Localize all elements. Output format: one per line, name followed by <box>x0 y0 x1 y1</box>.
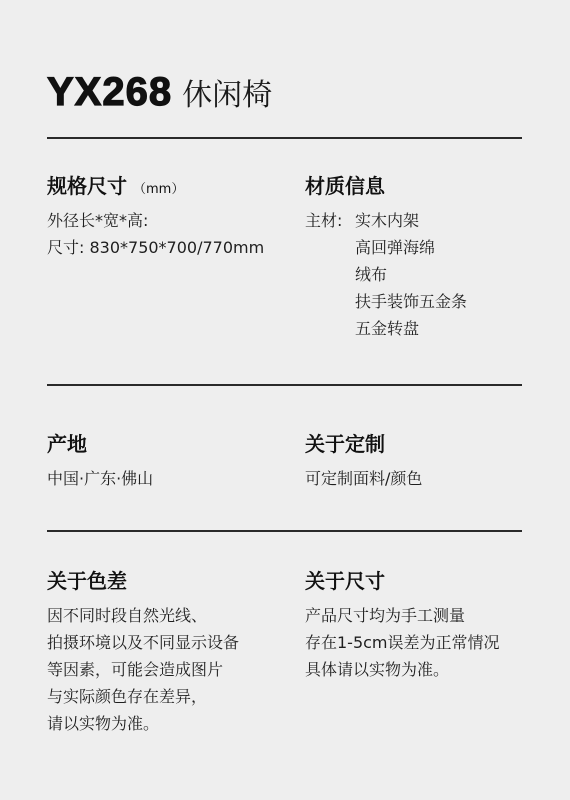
size-note-section: 关于尺寸 产品尺寸均为手工测量 存在1-5cm误差为正常情况 具体请以实物为准。 <box>305 565 500 683</box>
specs-line: 尺寸: 830*750*700/770mm <box>47 234 264 261</box>
material-label: 主材: <box>305 207 355 342</box>
specs-line: 外径长*宽*高: <box>47 207 264 234</box>
specs-section: 规格尺寸（mm） 外径长*宽*高: 尺寸: 830*750*700/770mm <box>47 170 264 261</box>
custom-heading: 关于定制 <box>305 428 422 457</box>
material-section: 材质信息 主材: 实木内架 高回弹海绵 绒布 扶手装饰五金条 五金转盘 <box>305 170 467 342</box>
product-name: 休闲椅 <box>182 70 272 114</box>
material-item: 高回弹海绵 <box>355 234 467 261</box>
color-diff-line: 等因素，可能会造成图片 <box>47 656 239 683</box>
color-diff-line: 因不同时段自然光线、 <box>47 602 239 629</box>
specs-heading: 规格尺寸（mm） <box>47 170 264 199</box>
custom-section: 关于定制 可定制面料/颜色 <box>305 428 422 492</box>
divider <box>47 384 522 386</box>
size-note-heading: 关于尺寸 <box>305 565 500 594</box>
divider <box>47 530 522 532</box>
product-title: YX268 休闲椅 <box>47 70 272 115</box>
color-diff-line: 请以实物为准。 <box>47 710 239 737</box>
specs-title: 规格尺寸 <box>47 174 127 198</box>
custom-text: 可定制面料/颜色 <box>305 465 422 492</box>
material-item: 实木内架 <box>355 207 467 234</box>
origin-text: 中国·广东·佛山 <box>47 465 153 492</box>
size-note-line: 存在1-5cm误差为正常情况 <box>305 629 500 656</box>
material-heading: 材质信息 <box>305 170 467 199</box>
color-diff-line: 拍摄环境以及不同显示设备 <box>47 629 239 656</box>
specs-unit: （mm） <box>133 182 184 197</box>
color-diff-heading: 关于色差 <box>47 565 239 594</box>
origin-heading: 产地 <box>47 428 153 457</box>
size-note-line: 具体请以实物为准。 <box>305 656 500 683</box>
material-item: 扶手装饰五金条 <box>355 288 467 315</box>
origin-section: 产地 中国·广东·佛山 <box>47 428 153 492</box>
divider <box>47 137 522 139</box>
size-note-line: 产品尺寸均为手工测量 <box>305 602 500 629</box>
material-item: 绒布 <box>355 261 467 288</box>
color-diff-section: 关于色差 因不同时段自然光线、 拍摄环境以及不同显示设备 等因素，可能会造成图片… <box>47 565 239 737</box>
material-item: 五金转盘 <box>355 315 467 342</box>
color-diff-line: 与实际颜色存在差异， <box>47 683 239 710</box>
model-number: YX268 <box>47 70 172 115</box>
